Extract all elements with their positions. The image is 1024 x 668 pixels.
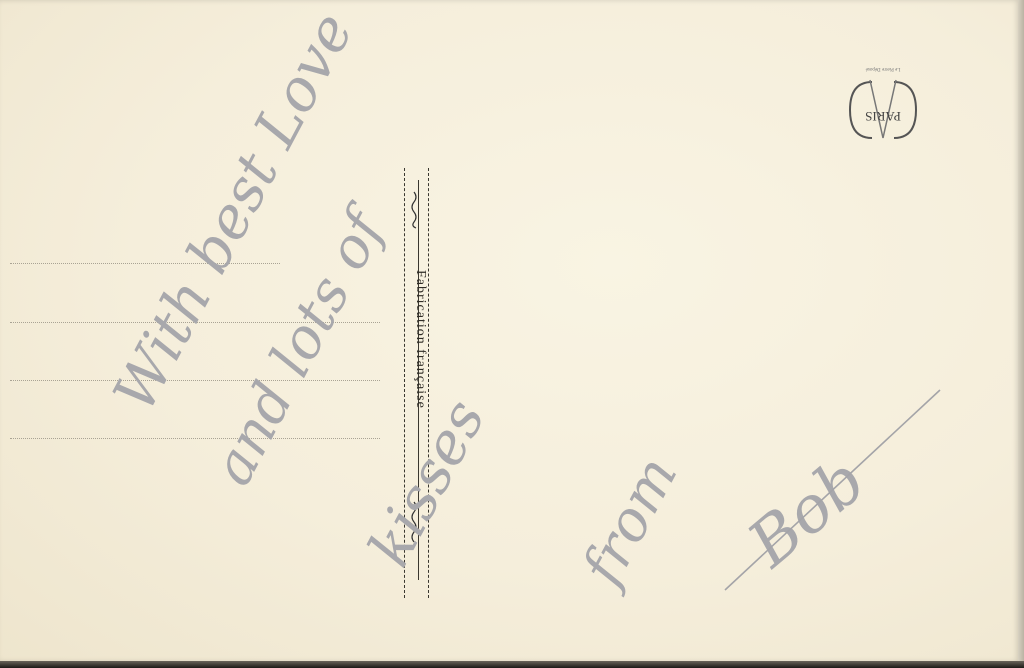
- svg-text:PARIS: PARIS: [865, 109, 901, 124]
- address-line: [10, 380, 380, 381]
- svg-text:Le Pierre Déposé: Le Pierre Déposé: [865, 66, 900, 71]
- imprint-text: Fabrication française: [412, 270, 428, 409]
- address-line: [10, 438, 380, 439]
- postcard-back: Fabrication française Le Pierre Déposé P…: [0, 0, 1020, 662]
- publisher-logo-icon: Le Pierre Déposé PARIS: [842, 62, 924, 144]
- scan-edge: [0, 661, 1024, 668]
- signature-underline: [720, 385, 950, 595]
- handwriting-line: kisses: [355, 388, 498, 576]
- scan-edge: [1018, 0, 1024, 668]
- flourish-icon: [404, 190, 434, 240]
- handwriting-line: from: [570, 446, 690, 595]
